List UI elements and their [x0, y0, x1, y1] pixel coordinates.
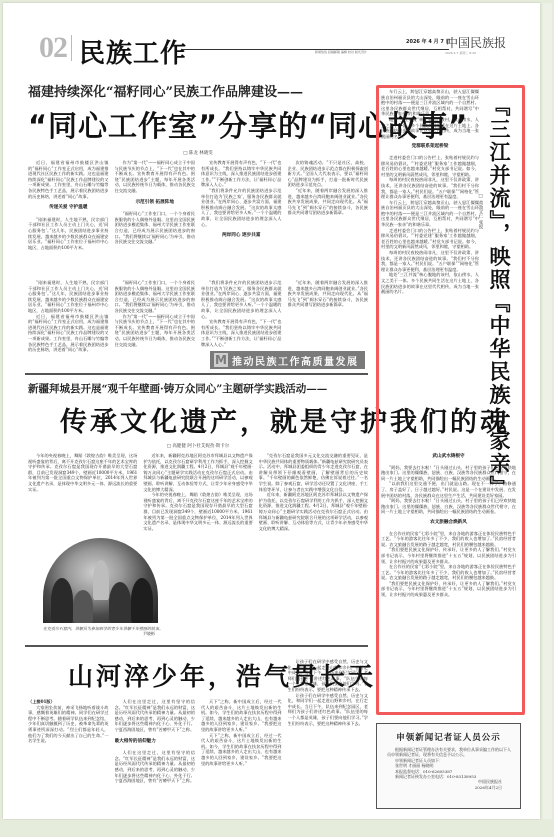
- article-headline: “同心工作室”分享的“同心故事”: [28, 104, 368, 145]
- article-tongxin: 福建持续深化“福籽同心”民族工作品牌建设—— “同心工作室”分享的“同心故事” …: [28, 81, 368, 385]
- divider: [25, 645, 368, 647]
- notice-body: 根据新闻记者证管理办法有关要求，我单位从事采编工作的以下人员申领新闻记者证，现将…: [377, 743, 520, 790]
- article-column: 天下”之称，新中国成立后，经过一代代人的艰苦奋斗，这片土地焕发出新的生机。如今，…: [201, 699, 282, 804]
- article-column: 今年的央视春晚上，舞蹈《敦煌古韵》唯美呈现，这场视听盛宴的背后，离不开克孜尔石窟…: [28, 453, 137, 501]
- section-title: 民族工作: [79, 33, 187, 70]
- section-banner: M 推动民族工作高质量发展: [210, 351, 365, 369]
- article-column: 次的铸魂活动。“不只是社区，高校、企业、民族团结进步示范点都在积极探索创新方式。…: [288, 160, 369, 278]
- press-card-notice: 申领新闻记者证人员公示 根据新闻记者证管理办法有关要求，我单位从事采编工作的以下…: [376, 723, 521, 809]
- vertical-scrollbar[interactable]: [543, 3, 552, 819]
- article-kicker: 福建持续深化“福籽同心”民族工作品牌建设——: [28, 81, 368, 100]
- article-subhead: 传递关爱 守护温暖: [28, 205, 109, 211]
- article-subhead: 示范引领 拓展阵地: [115, 200, 196, 206]
- article-column: 让孩子们在研学中感受自然、历史与文化，和同学们一起走进山野和乡村，在行走中成长。…: [288, 659, 369, 804]
- article-column: 宣传教育开展得有声有色，“下一代”也有所成长。“我们坚持以铸牢中华民族共同体意识…: [201, 160, 282, 278]
- banner-text: 推动民族工作高质量发展: [232, 353, 359, 368]
- page-number: 02: [39, 31, 67, 65]
- notice-title: 申领新闻记者证人员公示: [377, 731, 520, 743]
- masthead: 02 民族工作 2026 年 4 月 7 日 中国民族报 新闻热线 投稿邮箱 编…: [39, 31, 539, 65]
- article-subhead: 两岸同心 逐步共富: [201, 233, 282, 239]
- article-subhead: 最大相传的信仰魅力: [115, 739, 196, 745]
- article-column: “克孜尔石窟是我国多元文化交流交融的重要见证，是中华民族共同体的重要物质载体。”…: [259, 453, 368, 633]
- paper-name: 中国民族报: [446, 34, 506, 51]
- photo-credit: 尹晓彬: [143, 631, 155, 637]
- masthead-separator: [71, 35, 72, 61]
- masthead-fine-print: 新闻热线 投稿邮箱 编辑 校对 版式设计: [315, 50, 515, 54]
- article-headline: 传承文化遗产，就是守护我们的魂: [60, 400, 368, 439]
- m-logo-icon: M: [214, 353, 228, 367]
- article-column: 近日，福建省福州市鼓楼区洪山镇的“福籽同心”工作室正式启用，成为福建推进现代社区…: [28, 160, 109, 278]
- issue-date: 2026 年 4 月 7 日: [406, 38, 451, 45]
- divider: [25, 373, 368, 375]
- article-column: 作为“第一代”——福籽同心成立于中国与民族节庆的节点上，“下一代”也在其中的不断…: [115, 160, 196, 278]
- article-column: 人们在这里走过，这里有坚守的信念。“红军长征精神”是我们永远的财富，这是历经风雨…: [115, 699, 196, 804]
- article-young-hikers: 山河淬少年，浩气贯长天 （上接01版） 大家围坐炊前，神采飞扬地听着战斗故事，感…: [28, 651, 368, 804]
- article-byline: □ 高健健 阿卜杜艾妮孜·斯卡尔: [28, 443, 368, 449]
- viewer-bottom-bar: [0, 820, 554, 837]
- newspaper-page: 02 民族工作 2026 年 4 月 7 日 中国民族报 新闻热线 投稿邮箱 编…: [3, 3, 540, 819]
- masthead-fine-print-right: 2026.4.7 星期二 8:40: [445, 51, 476, 55]
- article-column: 近年来，新疆阿克苏地区阿克苏市拜城县以文物遗产保护为依托，以克孜尔石窟研学利用工…: [143, 453, 252, 633]
- article-byline: □ 陈龙 林晓雯: [28, 150, 368, 156]
- article-column: （上接01版） 大家围坐炊前，神采飞扬地听着战斗故事，感慨着英雄们的精神。同学们…: [28, 699, 109, 804]
- selection-highlight-box[interactable]: [376, 85, 525, 715]
- article-kicker: 新疆拜城县开展“观千年壁画·铸万众同心”主题研学实践活动——: [28, 381, 368, 396]
